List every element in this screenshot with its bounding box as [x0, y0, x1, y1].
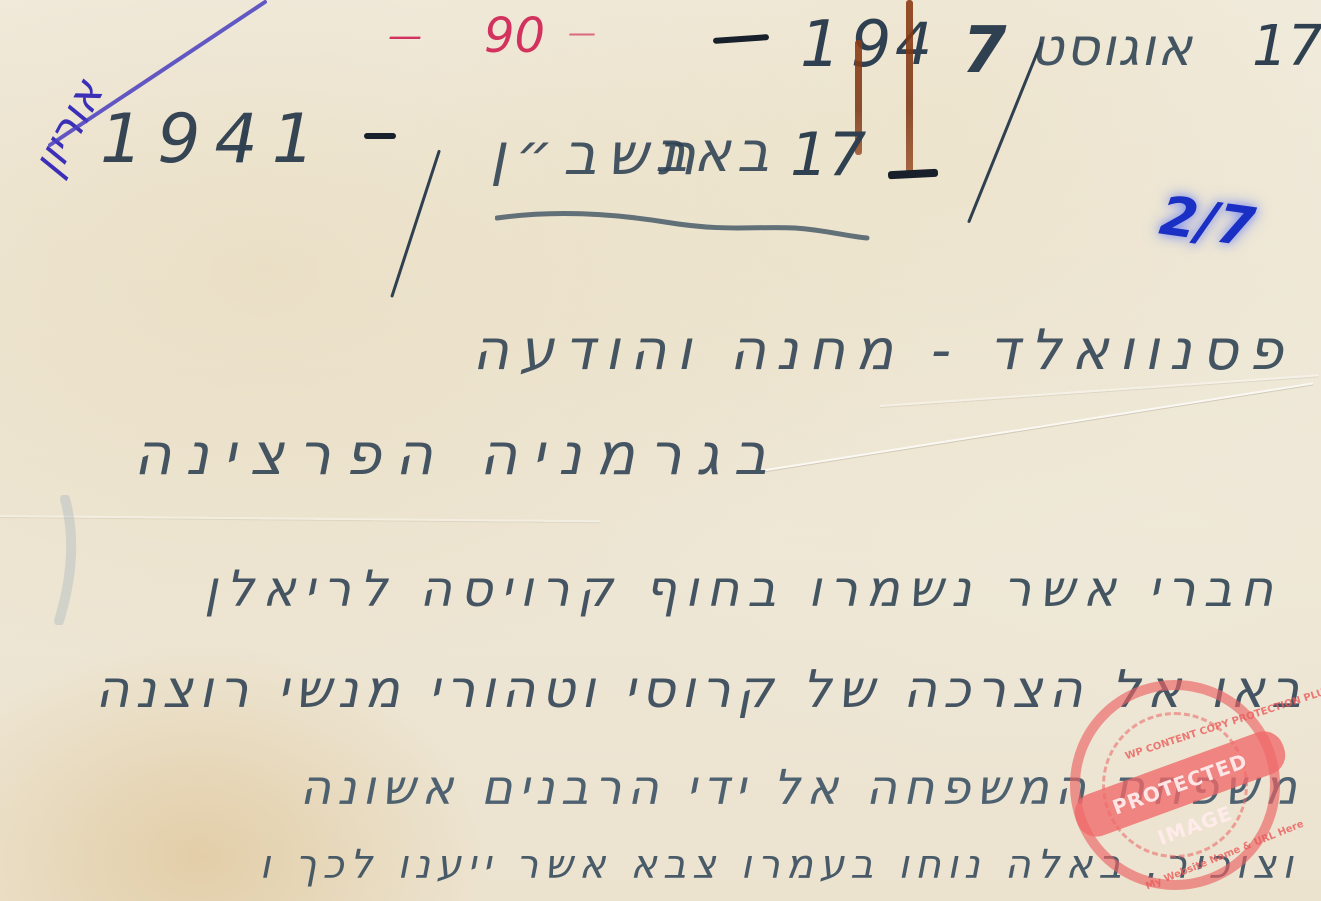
- header-dash: [713, 34, 769, 44]
- diagonal-stroke: [390, 150, 441, 298]
- pink-dash-left: —: [388, 16, 422, 56]
- pencil-ghost-mark: [45, 495, 85, 625]
- blue-number-stamp: 2/7: [1156, 184, 1259, 260]
- header-day: 17: [1252, 14, 1321, 79]
- header-hebrew-day: 17: [790, 120, 866, 190]
- header-dash-2: [366, 133, 394, 139]
- wavy-underline: [495, 208, 875, 248]
- header-year-prefix: 19: [800, 8, 901, 82]
- body-line-1: פסנוואלד - מחנה והודעה: [472, 318, 1293, 383]
- rust-line: [906, 0, 913, 175]
- year-1941-left: 1941: [100, 100, 329, 179]
- header-year-digit: 4: [895, 10, 932, 78]
- protected-image-watermark: WP CONTENT COPY PROTECTION PLUGIN PROTEC…: [1070, 680, 1280, 890]
- pink-dash-right: —: [568, 16, 596, 49]
- header-month: אוגוסט: [1030, 18, 1194, 78]
- year-suffix: ו: [232, 108, 248, 176]
- body-line-3: חברי אשר נשמרו בחוף קרויסה לריאלן: [204, 560, 1281, 618]
- header-year-digit: 7: [962, 14, 1007, 88]
- scanned-document: אוריון 1941 — 90 — 19 4 7 אוגוסט 17 תשב״…: [0, 0, 1321, 901]
- pink-number: 90: [484, 8, 545, 64]
- year-text: 1941: [100, 100, 329, 179]
- paper-crease: [0, 515, 600, 522]
- rust-line-base: [888, 169, 938, 180]
- body-line-2: בגרמניה הפרצינה: [134, 420, 781, 488]
- header-hebrew-month: באב: [655, 120, 775, 185]
